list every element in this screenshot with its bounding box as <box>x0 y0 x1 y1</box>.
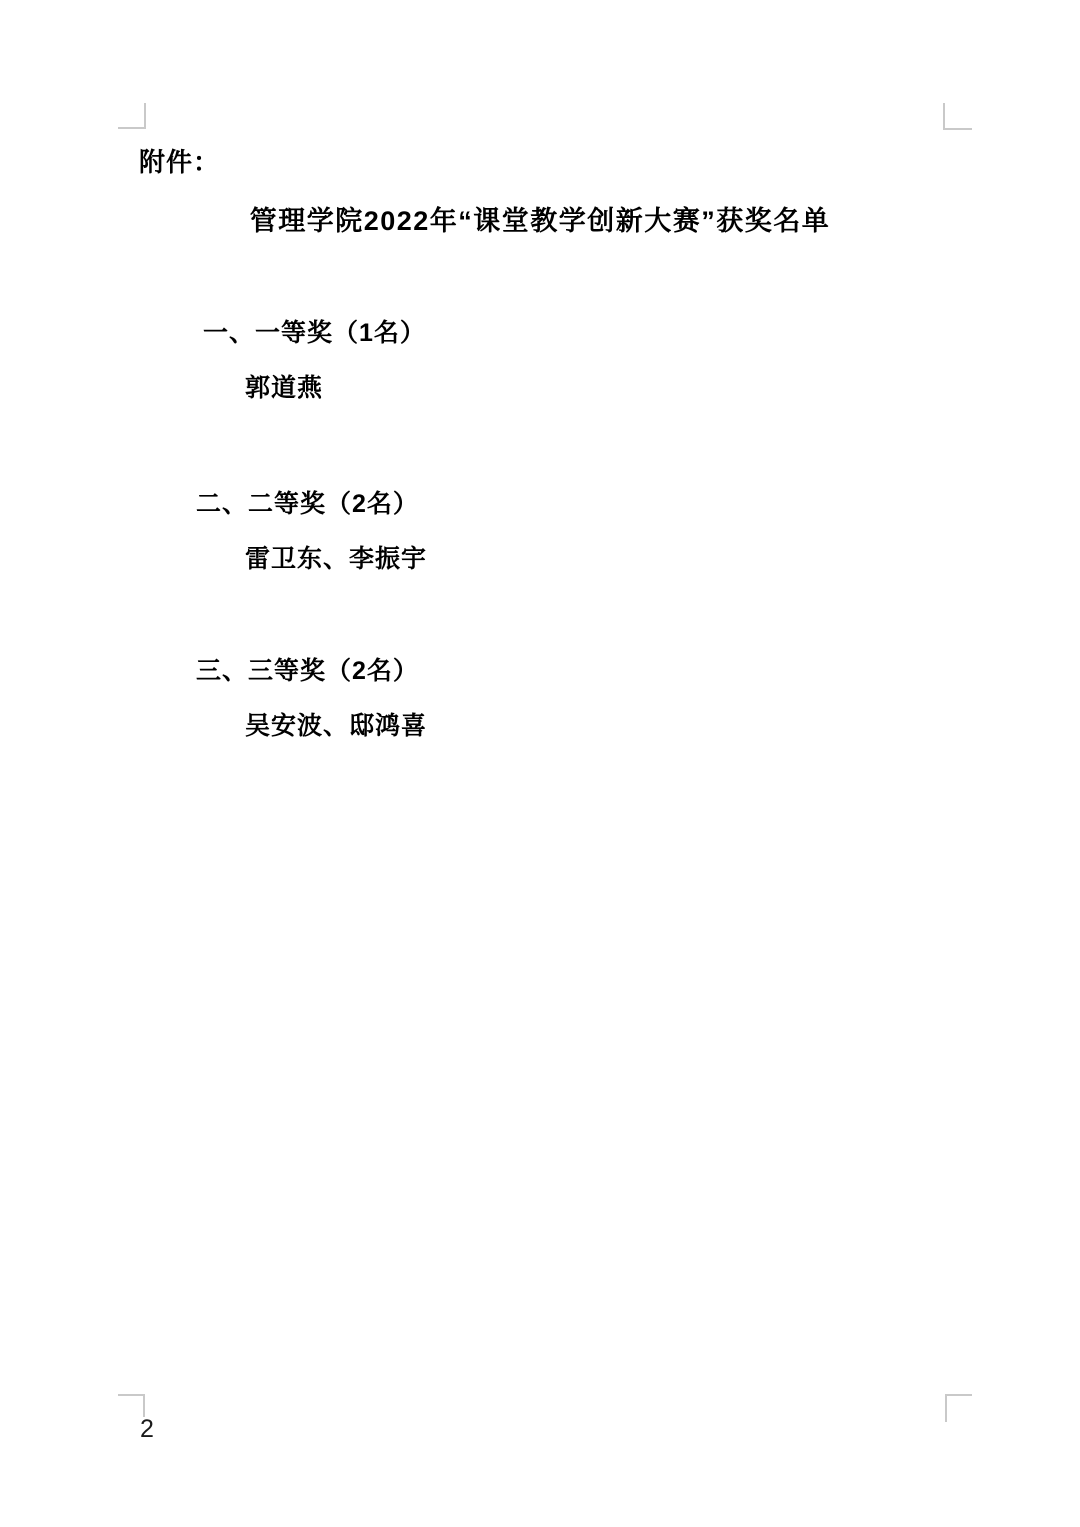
winner-names-first-prize: 郭道燕 <box>245 368 323 404</box>
page-corner-mark-bottom-right <box>945 1394 972 1422</box>
page-corner-mark-bottom-left <box>118 1394 145 1417</box>
section-heading-first-prize: 一、一等奖（1名） <box>203 313 426 349</box>
page-corner-mark-top-right <box>943 103 972 130</box>
section-heading-third-prize: 三、三等奖（2名） <box>196 651 419 687</box>
document-page: 附件： 管理学院2022年“课堂教学创新大赛”获奖名单 一、一等奖（1名） 郭道… <box>0 0 1080 1527</box>
section-heading-second-prize: 二、二等奖（2名） <box>196 484 419 520</box>
winner-names-second-prize: 雷卫东、李振宇 <box>245 539 427 575</box>
page-number: 2 <box>140 1415 154 1444</box>
document-title: 管理学院2022年“课堂教学创新大赛”获奖名单 <box>0 199 1080 238</box>
attachment-label: 附件： <box>139 142 220 179</box>
page-corner-mark-top-left <box>118 103 146 129</box>
winner-names-third-prize: 吴安波、邸鸿喜 <box>245 706 427 742</box>
